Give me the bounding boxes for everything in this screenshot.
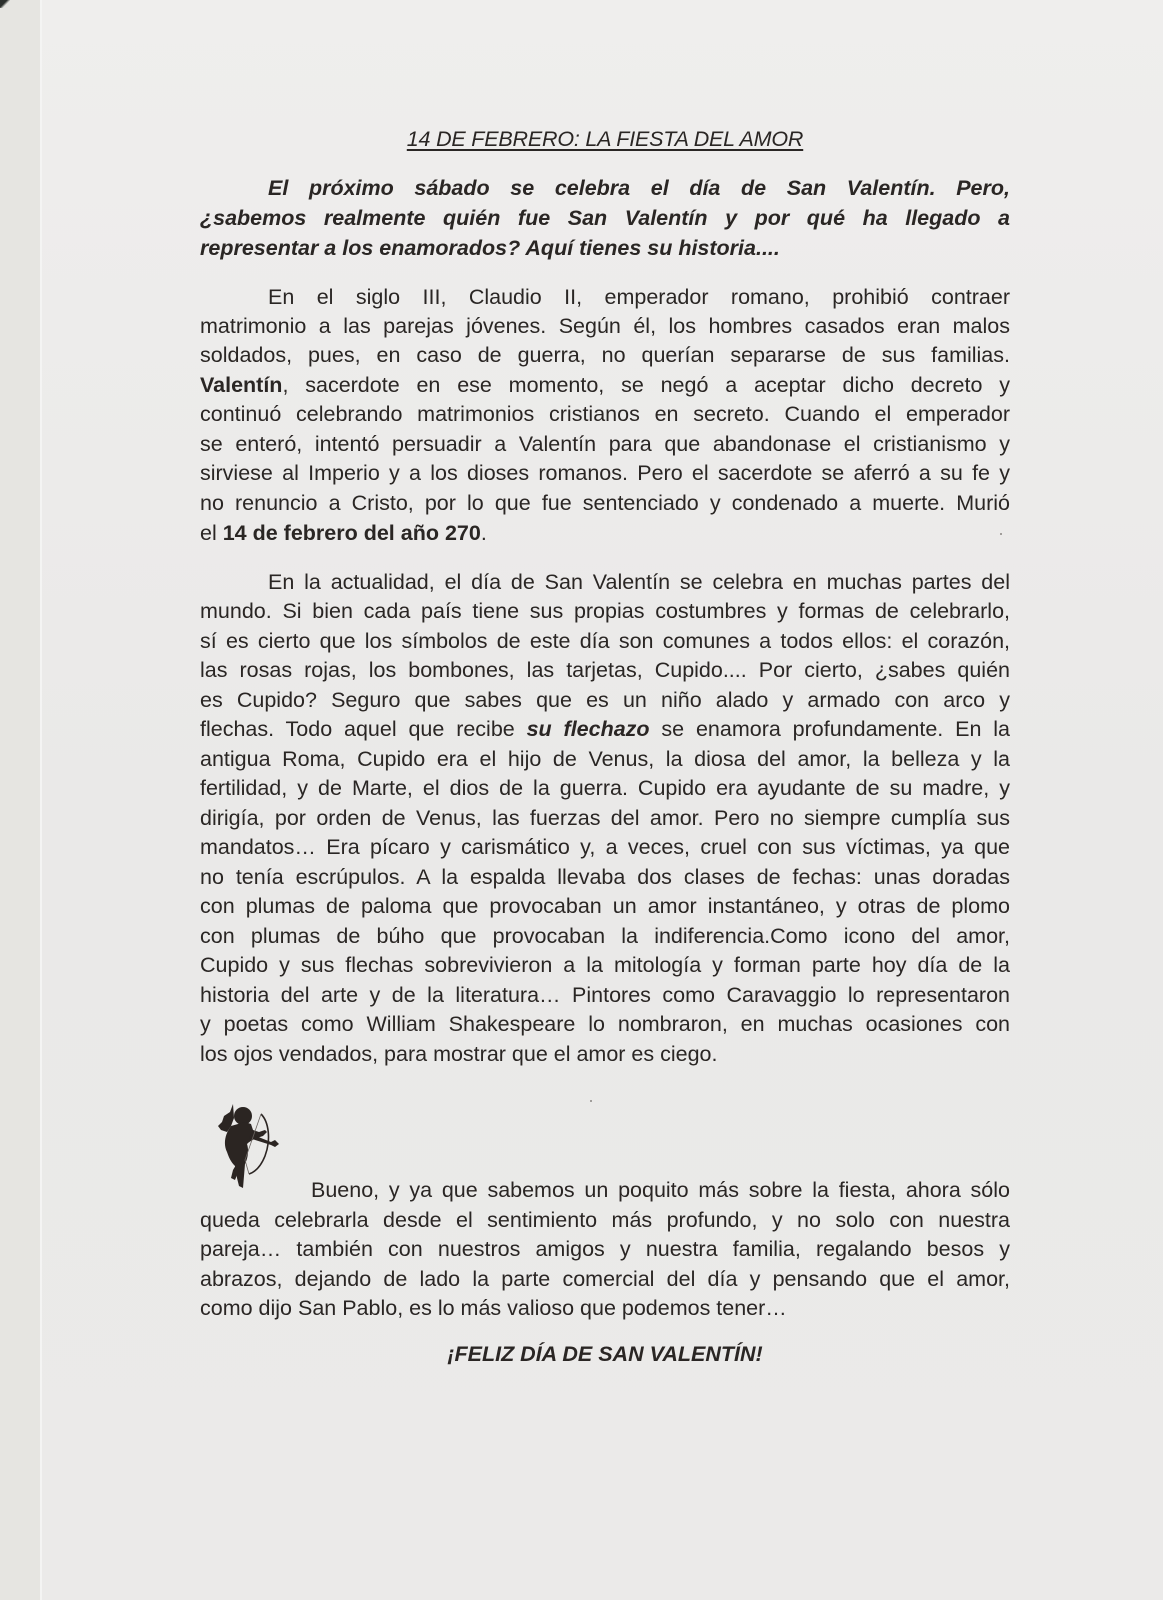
paragraph1-line: continuó celebrando matrimonios cristian… xyxy=(200,399,1010,429)
paragraph1-line: En el siglo III, Claudio II, emperador r… xyxy=(200,282,1010,312)
bold-name-valentin: Valentín xyxy=(200,373,282,397)
scan-corner-shadow xyxy=(0,0,10,8)
paragraph2-line: con plumas de búho que provocaban la ind… xyxy=(200,921,1010,951)
paragraph3-line: Bueno, y ya que sabemos un poquito más s… xyxy=(200,1175,1010,1205)
paragraph1-line: matrimonio a las parejas jóvenes. Según … xyxy=(200,311,1010,341)
paragraph3-line: pareja… también con nuestros amigos y nu… xyxy=(200,1234,1010,1264)
paragraph2-line: En la actualidad, el día de San Valentín… xyxy=(200,567,1010,597)
paragraph2-line: antigua Roma, Cupido era el hijo de Venu… xyxy=(200,744,1010,774)
paragraph1-line: Valentín, sacerdote en ese momento, se n… xyxy=(200,370,1010,400)
paragraph3-line: como dijo San Pablo, es lo más valioso q… xyxy=(200,1293,1010,1323)
paragraph2-line: dirigía, por orden de Venus, las fuerzas… xyxy=(200,803,1010,833)
paragraph3-line: abrazos, dejando de lado la parte comerc… xyxy=(200,1264,1010,1294)
paragraph2-line: no tenía escrúpulos. A la espalda llevab… xyxy=(200,862,1010,892)
scan-speck xyxy=(590,1100,592,1102)
cupid-silhouette-icon xyxy=(215,1100,287,1190)
paragraph2-line: fertilidad, y de Marte, el dios de la gu… xyxy=(200,773,1010,803)
paragraph2-line: y poetas como William Shakespeare lo nom… xyxy=(200,1009,1010,1039)
paragraph1-line: soldados, pues, en caso de guerra, no qu… xyxy=(200,340,1010,370)
intro-line: El próximo sábado se celebra el día de S… xyxy=(200,173,1010,203)
paragraph1-line: sirviese al Imperio y a los dioses roman… xyxy=(200,458,1010,488)
paragraph2-line: mundo. Si bien cada país tiene sus propi… xyxy=(200,596,1010,626)
paragraph1-line: el 14 de febrero del año 270. xyxy=(200,518,1010,548)
intro-line: representar a los enamorados? Aquí tiene… xyxy=(200,233,1010,263)
paragraph2-line: las rosas rojas, los bombones, las tarje… xyxy=(200,655,1010,685)
paragraph2-line: con plumas de paloma que provocaban un a… xyxy=(200,891,1010,921)
paper-edge xyxy=(40,0,42,1600)
paragraph1-line: no renuncio a Cristo, por lo que fue sen… xyxy=(200,488,1010,518)
paragraph3-line: queda celebrarla desde el sentimiento má… xyxy=(200,1205,1010,1235)
paragraph2-line: es Cupido? Seguro que sabes que es un ni… xyxy=(200,685,1010,715)
bold-italic-flechazo: su flechazo xyxy=(527,717,650,741)
paragraph2-line: sí es cierto que los símbolos de este dí… xyxy=(200,626,1010,656)
paragraph2-line: historia del arte y de la literatura… Pi… xyxy=(200,980,1010,1010)
intro-line: ¿sabemos realmente quién fue San Valentí… xyxy=(200,203,1010,233)
closing-greeting: ¡FELIZ DÍA DE SAN VALENTÍN! xyxy=(200,1342,1010,1367)
bold-date: 14 de febrero del año 270 xyxy=(223,521,481,545)
paragraph2-line: flechas. Todo aquel que recibe su flecha… xyxy=(200,714,1010,744)
paragraph1-line: se enteró, intentó persuadir a Valentín … xyxy=(200,429,1010,459)
paragraph2-line: Cupido y sus flechas sobrevivieron a la … xyxy=(200,950,1010,980)
paragraph2-line: los ojos vendados, para mostrar que el a… xyxy=(200,1039,1010,1069)
document-title: 14 DE FEBRERO: LA FIESTA DEL AMOR xyxy=(200,127,1010,152)
paragraph2-line: mandatos… Era pícaro y carismático y, a … xyxy=(200,832,1010,862)
